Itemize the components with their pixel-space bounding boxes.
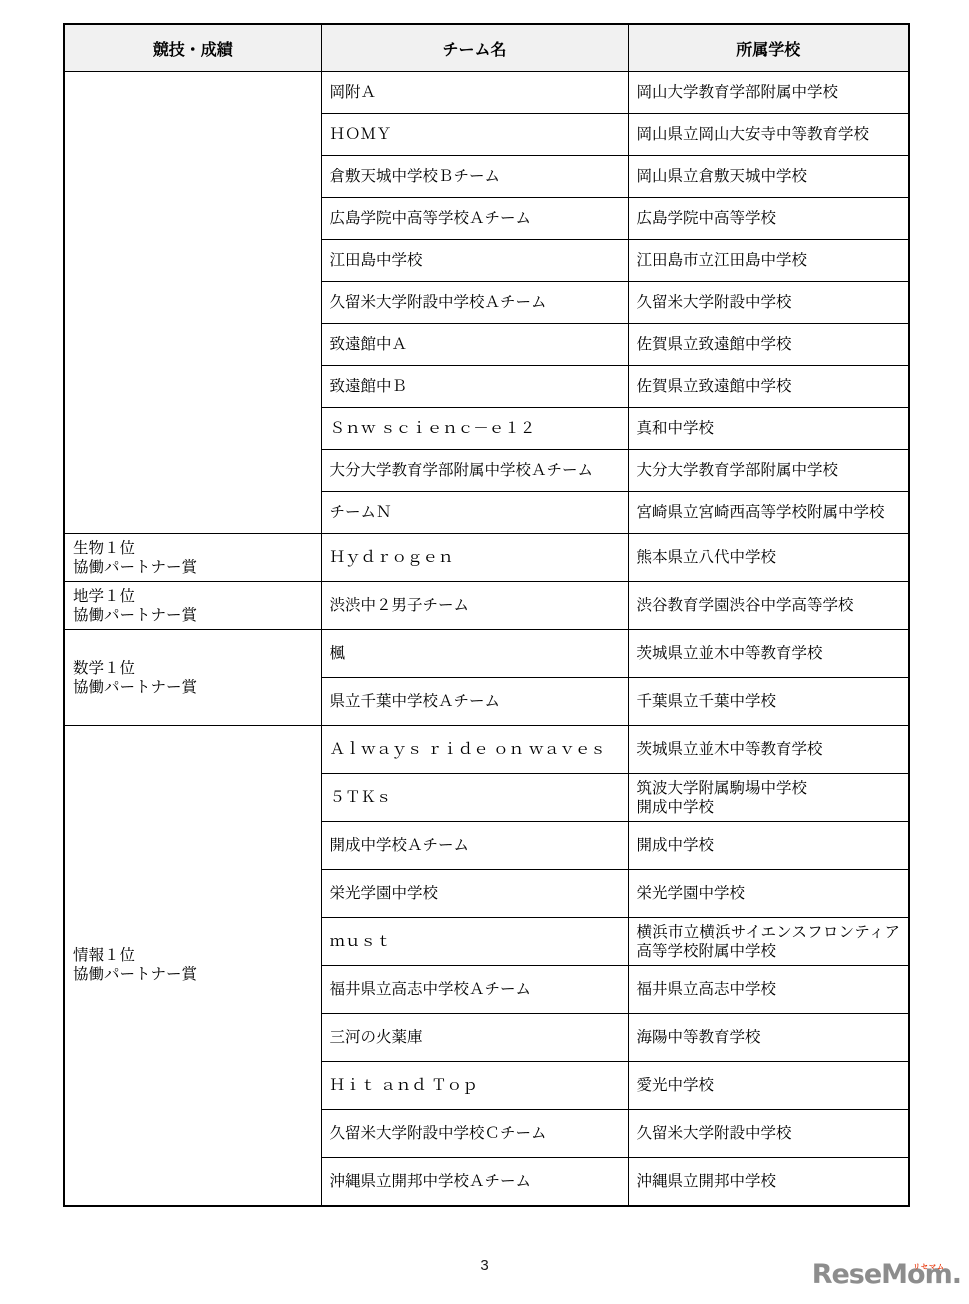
team-cell: チームＮ [321,492,628,534]
school-cell: 岡山県立倉敷天城中学校 [628,156,909,198]
team-cell: Ｈｙｄｒｏｇｅｎ [321,534,628,582]
logo-ruby-text: リセマム [913,1253,945,1283]
team-cell: 渋渋中２男子チーム [321,582,628,630]
team-cell: Ｓｎｗ ｓｃｉｅｎｃ－ｅ１２ [321,408,628,450]
table-row: 数学１位 協働パートナー賞楓茨城県立並木中等教育学校 [64,630,909,678]
team-cell: 大分大学教育学部附属中学校Ａチーム [321,450,628,492]
resemom-logo: リセマムReseMom. [812,1260,961,1292]
school-cell: 熊本県立八代中学校 [628,534,909,582]
school-cell: 大分大学教育学部附属中学校 [628,450,909,492]
team-cell: 開成中学校Ａチーム [321,822,628,870]
header-row: 競技・成績 チーム名 所属学校 [64,24,909,72]
school-cell: 開成中学校 [628,822,909,870]
school-cell: 茨城県立並木中等教育学校 [628,630,909,678]
header-cell-team: チーム名 [321,24,628,72]
team-cell: 江田島中学校 [321,240,628,282]
school-cell: 真和中学校 [628,408,909,450]
results-table: 競技・成績 チーム名 所属学校 岡附Ａ岡山大学教育学部附属中学校ＨＯＭＹ岡山県立… [63,23,910,1207]
table-row: 生物１位 協働パートナー賞Ｈｙｄｒｏｇｅｎ熊本県立八代中学校 [64,534,909,582]
team-cell: 岡附Ａ [321,72,628,114]
school-cell: 渋谷教育学園渋谷中学高等学校 [628,582,909,630]
award-cell: 数学１位 協働パートナー賞 [64,630,321,726]
table-row: 情報１位 協働パートナー賞Ａｌｗａｙｓ ｒｉｄｅ ｏｎ ｗａｖｅｓ茨城県立並木中… [64,726,909,774]
school-cell: 江田島市立江田島中学校 [628,240,909,282]
team-cell: 沖縄県立開邦中学校Ａチーム [321,1158,628,1206]
school-cell: 岡山大学教育学部附属中学校 [628,72,909,114]
team-cell: 楓 [321,630,628,678]
award-cell: 生物１位 協働パートナー賞 [64,534,321,582]
school-cell: 千葉県立千葉中学校 [628,678,909,726]
team-cell: 倉敷天城中学校Ｂチーム [321,156,628,198]
school-cell: 佐賀県立致遠館中学校 [628,366,909,408]
school-cell: 愛光中学校 [628,1062,909,1110]
team-cell: ＨＯＭＹ [321,114,628,156]
school-cell: 茨城県立並木中等教育学校 [628,726,909,774]
school-cell: 福井県立高志中学校 [628,966,909,1014]
school-cell: 横浜市立横浜サイエンスフロンティア高等学校附属中学校 [628,918,909,966]
school-cell: 広島学院中高等学校 [628,198,909,240]
table-row: 岡附Ａ岡山大学教育学部附属中学校 [64,72,909,114]
team-cell: ５ＴＫｓ [321,774,628,822]
team-cell: 栄光学園中学校 [321,870,628,918]
team-cell: ｍｕｓｔ [321,918,628,966]
award-cell: 情報１位 協働パートナー賞 [64,726,321,1206]
school-cell: 海陽中等教育学校 [628,1014,909,1062]
school-cell: 筑波大学附属駒場中学校 開成中学校 [628,774,909,822]
award-cell [64,72,321,534]
team-cell: 福井県立高志中学校Ａチーム [321,966,628,1014]
team-cell: 広島学院中高等学校Ａチーム [321,198,628,240]
school-cell: 岡山県立岡山大安寺中等教育学校 [628,114,909,156]
school-cell: 久留米大学附設中学校 [628,1110,909,1158]
school-cell: 宮崎県立宮崎西高等学校附属中学校 [628,492,909,534]
school-cell: 沖縄県立開邦中学校 [628,1158,909,1206]
award-cell: 地学１位 協働パートナー賞 [64,582,321,630]
school-cell: 佐賀県立致遠館中学校 [628,324,909,366]
school-cell: 久留米大学附設中学校 [628,282,909,324]
team-cell: 県立千葉中学校Ａチーム [321,678,628,726]
team-cell: Ａｌｗａｙｓ ｒｉｄｅ ｏｎ ｗａｖｅｓ [321,726,628,774]
team-cell: 久留米大学附設中学校Ａチーム [321,282,628,324]
team-cell: 致遠館中Ａ [321,324,628,366]
school-cell: 栄光学園中学校 [628,870,909,918]
header-cell-competition: 競技・成績 [64,24,321,72]
team-cell: 三河の火薬庫 [321,1014,628,1062]
table-row: 地学１位 協働パートナー賞渋渋中２男子チーム渋谷教育学園渋谷中学高等学校 [64,582,909,630]
team-cell: Ｈｉｔ ａｎｄ Ｔｏｐ [321,1062,628,1110]
document-page: 競技・成績 チーム名 所属学校 岡附Ａ岡山大学教育学部附属中学校ＨＯＭＹ岡山県立… [0,0,969,1304]
logo-period: . [952,1259,961,1290]
team-cell: 久留米大学附設中学校Ｃチーム [321,1110,628,1158]
team-cell: 致遠館中Ｂ [321,366,628,408]
header-cell-school: 所属学校 [628,24,909,72]
